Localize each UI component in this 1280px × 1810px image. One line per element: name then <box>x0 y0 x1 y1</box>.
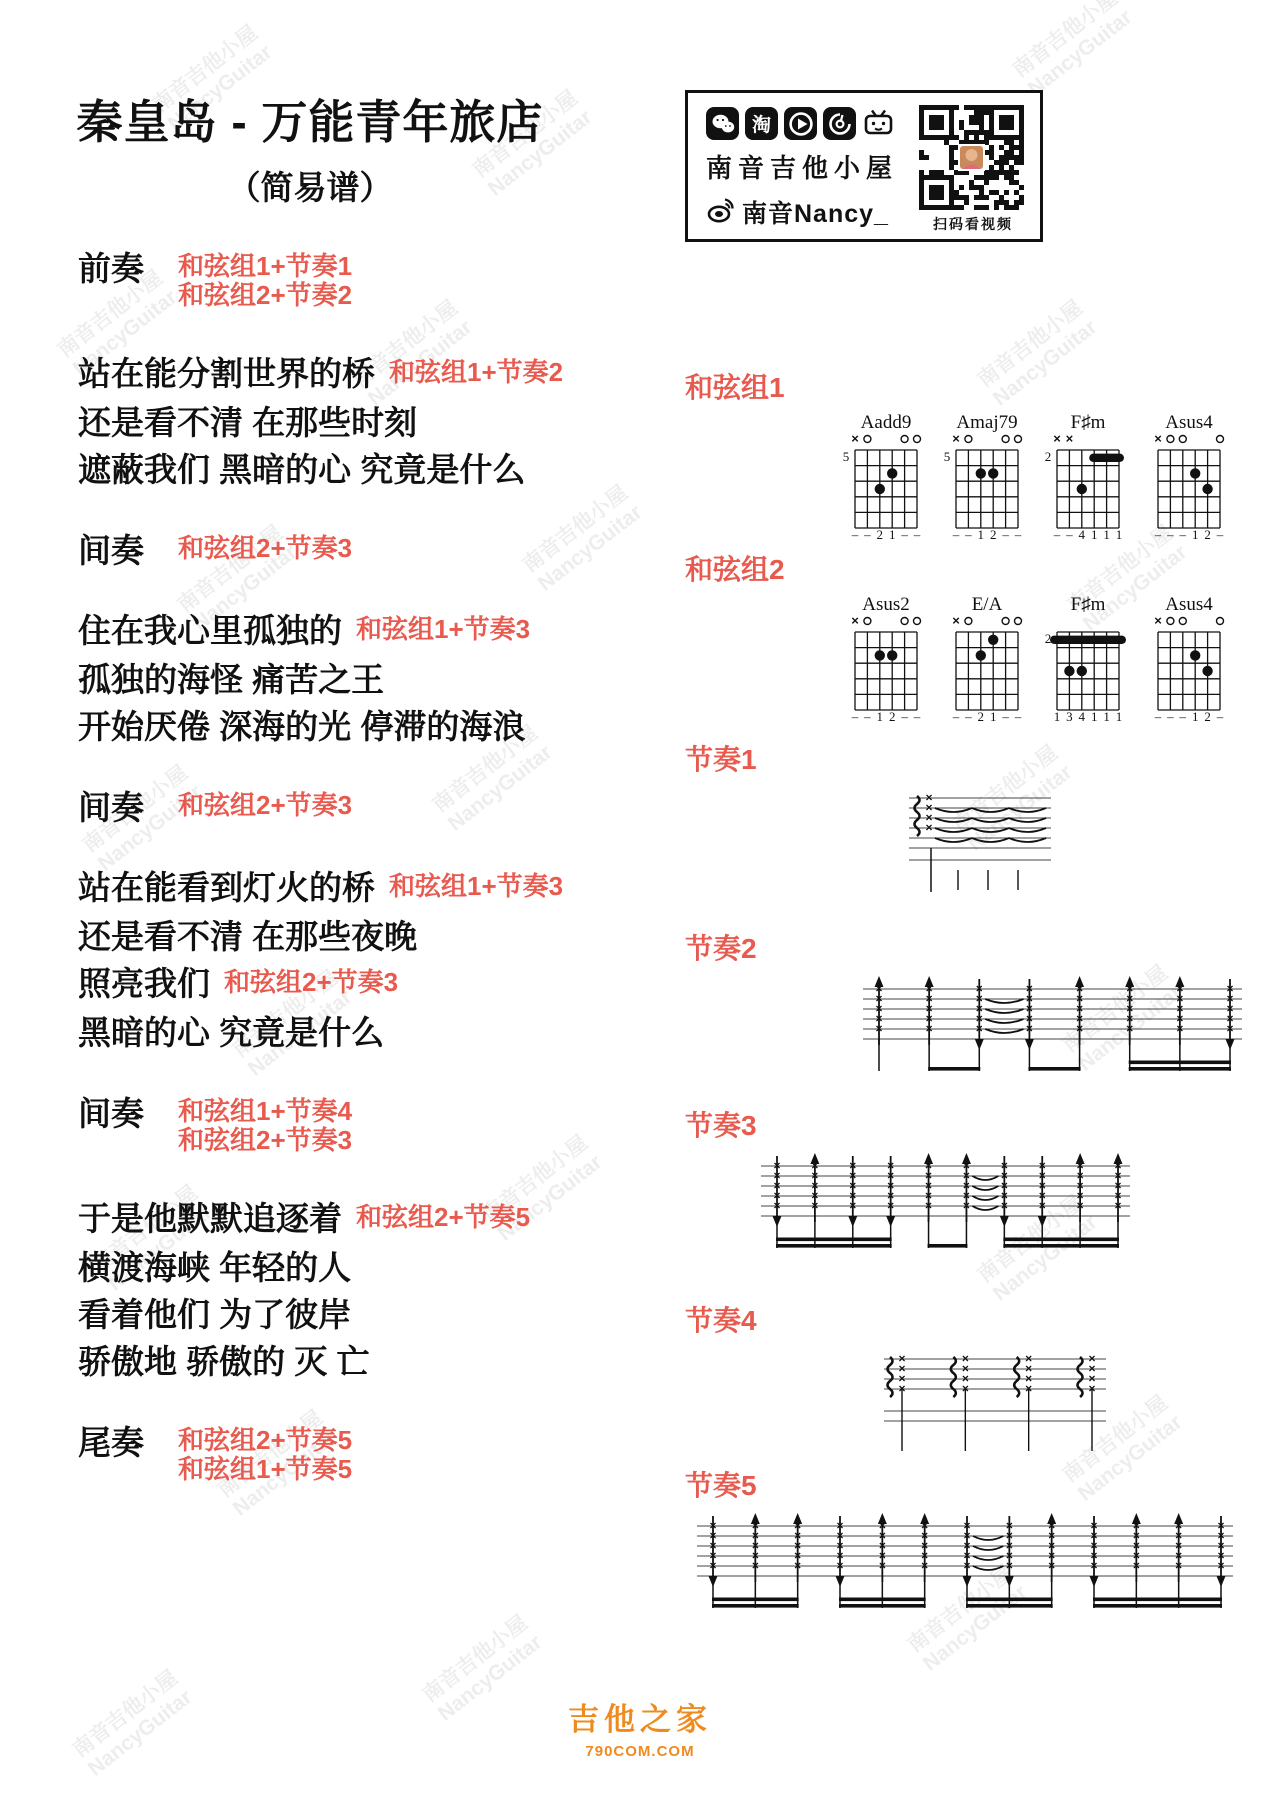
svg-text:–: – <box>913 527 921 542</box>
lyric-text: 横渡海峡 年轻的人 <box>78 1249 351 1286</box>
chord-group-label: 和弦组1 <box>685 372 1265 404</box>
play-annotation: 和弦组1+节奏3 <box>389 871 563 901</box>
chord-group-label: 和弦组2 <box>685 554 1265 586</box>
svg-text:×: × <box>1175 1559 1182 1573</box>
svg-text:–: – <box>1166 527 1174 542</box>
play-annotation: 和弦组2+节奏5 <box>356 1202 530 1232</box>
section-block: 尾奏和弦组2+节奏5和弦组1+节奏5 <box>78 1426 668 1484</box>
social-icon-row: 淘 <box>706 107 916 140</box>
chord-diagram: F♯m××2––4111 <box>1037 412 1134 542</box>
svg-text:1: 1 <box>1103 709 1110 724</box>
site-footer: 吉他之家 790COM.COM <box>0 1694 1280 1760</box>
svg-text:1: 1 <box>1091 527 1098 542</box>
svg-text:×: × <box>1226 1022 1233 1036</box>
score-sheet-page: 南音吉他小屋NancyGuitar南音吉他小屋NancyGuitar南音吉他小屋… <box>0 0 1280 1810</box>
svg-text:×: × <box>752 1559 759 1573</box>
chord-diagram: Asus4×–––12– <box>1138 412 1235 542</box>
svg-text:×: × <box>709 1559 716 1573</box>
site-logo: 吉他之家 <box>0 1694 1280 1739</box>
svg-text:–: – <box>952 709 960 724</box>
strum-pattern: ×××××××××××××××××××××××××××××××××××××××× <box>855 975 1250 1093</box>
svg-text:×: × <box>963 1559 970 1573</box>
svg-text:5: 5 <box>843 449 850 464</box>
svg-text:×: × <box>1090 1559 1097 1573</box>
section-annotations: 和弦组2+节奏5和弦组1+节奏5 <box>178 1426 352 1484</box>
notation-column: 和弦组1Aadd9×5––21––Amaj79×5––12––F♯m××2––4… <box>685 372 1265 1635</box>
svg-text:×: × <box>851 431 859 446</box>
netease-music-icon <box>823 107 856 140</box>
lyric-text: 黑暗的心 究竟是什么 <box>78 1014 384 1051</box>
svg-text:×: × <box>794 1559 801 1573</box>
svg-text:×: × <box>952 431 960 446</box>
svg-text:–: – <box>863 527 871 542</box>
svg-text:×: × <box>1048 1559 1055 1573</box>
svg-text:×: × <box>1001 1199 1008 1213</box>
svg-text:–: – <box>964 527 972 542</box>
chord-diagram: Amaj79×5––12–– <box>936 412 1033 542</box>
svg-text:×: × <box>1217 1559 1224 1573</box>
svg-text:E/A: E/A <box>972 594 1003 615</box>
svg-text:–: – <box>1065 527 1073 542</box>
lyric-text: 站在能分割世界的桥 <box>78 355 375 392</box>
svg-text:×: × <box>1039 1199 1046 1213</box>
svg-text:–: – <box>952 527 960 542</box>
svg-text:×: × <box>925 821 932 835</box>
svg-text:×: × <box>851 613 859 628</box>
play-annotation: 和弦组1+节奏4 <box>178 1097 352 1126</box>
svg-text:1: 1 <box>889 527 896 542</box>
svg-text:×: × <box>811 1199 818 1213</box>
lyric-line: 遮蔽我们 黑暗的心 究竟是什么 <box>78 452 668 488</box>
svg-text:–: – <box>1166 709 1174 724</box>
lyric-line: 看着他们 为了彼岸 <box>78 1297 668 1333</box>
play-annotation: 和弦组1+节奏5 <box>178 1455 352 1484</box>
section-annotations: 和弦组1+节奏4和弦组2+节奏3 <box>178 1097 352 1155</box>
svg-text:1: 1 <box>1103 527 1110 542</box>
play-annotation: 和弦组2+节奏3 <box>224 967 398 997</box>
chord-row: Asus2×––12––E/A×––21––F♯m2134111Asus4×––… <box>835 594 1265 724</box>
svg-text:Amaj79: Amaj79 <box>956 412 1017 433</box>
svg-text:–: – <box>851 527 859 542</box>
title-block: 秦皇岛 - 万能青年旅店 （简易谱） <box>30 86 590 209</box>
svg-text:×: × <box>925 1199 932 1213</box>
svg-text:4: 4 <box>1079 527 1086 542</box>
section-block: 间奏和弦组2+节奏3 <box>78 534 668 567</box>
qr-caption: 扫码看视频 <box>919 214 1027 234</box>
lyric-text: 照亮我们 <box>78 965 210 1002</box>
svg-text:Asus4: Asus4 <box>1165 594 1213 615</box>
svg-text:×: × <box>849 1199 856 1213</box>
svg-text:–: – <box>851 709 859 724</box>
svg-text:–: – <box>964 709 972 724</box>
svg-text:4: 4 <box>1079 709 1086 724</box>
section-annotations: 和弦组2+节奏3 <box>178 791 352 820</box>
lyric-text: 看着他们 为了彼岸 <box>78 1296 351 1333</box>
svg-text:1: 1 <box>1054 709 1061 724</box>
svg-text:×: × <box>926 1022 933 1036</box>
svg-text:–: – <box>1216 527 1224 542</box>
svg-text:×: × <box>1077 1199 1084 1213</box>
lyric-text: 还是看不清 在那些夜晚 <box>78 918 417 955</box>
play-annotation: 和弦组1+节奏1 <box>178 252 352 281</box>
svg-text:2: 2 <box>1045 449 1052 464</box>
chord-diagram: Asus4×–––12– <box>1138 594 1235 724</box>
svg-text:–: – <box>1014 709 1022 724</box>
svg-text:×: × <box>1154 613 1162 628</box>
shop-name: 南音吉他小屋 <box>706 148 916 185</box>
rhythm-figure: ×××× <box>905 786 1265 903</box>
play-annotation: 和弦组1+节奏3 <box>356 614 530 644</box>
lyric-line: 还是看不清 在那些夜晚 <box>78 919 668 955</box>
bilibili-icon <box>862 107 895 140</box>
arpeggio-pattern: ×××××××××××××××× <box>880 1347 1110 1457</box>
strum-pattern: ××××××××××××××××××××××××××××××××××××××××… <box>753 1152 1138 1270</box>
svg-text:1: 1 <box>877 709 884 724</box>
svg-text:×: × <box>836 1559 843 1573</box>
lyric-line: 照亮我们和弦组2+节奏3 <box>78 966 668 1004</box>
strum-pattern: ××××××××××××××××××××××××××××××××××××××××… <box>689 1512 1241 1630</box>
rhythm-figure: ××××××××××××××××××××××××××××××××××××××××… <box>689 1512 1265 1635</box>
svg-text:2: 2 <box>1204 527 1211 542</box>
svg-text:1: 1 <box>1116 527 1123 542</box>
play-annotation: 和弦组2+节奏3 <box>178 791 352 820</box>
lyric-text: 开始厌倦 深海的光 停滞的海浪 <box>78 708 525 745</box>
publisher-left: 淘 <box>706 107 916 230</box>
lyric-text: 骄傲地 骄傲的 灭 亡 <box>78 1343 370 1380</box>
lyric-text: 站在能看到灯火的桥 <box>78 869 375 906</box>
qr-code <box>919 105 1024 210</box>
rhythm-figure: ××××××××××××××××××××××××××××××××××××××××… <box>753 1152 1265 1275</box>
qr-block: 扫码看视频 <box>919 105 1027 234</box>
play-annotation: 和弦组2+节奏5 <box>178 1426 352 1455</box>
svg-text:×: × <box>1076 1022 1083 1036</box>
svg-text:Asus2: Asus2 <box>862 594 910 615</box>
diagonal-watermark: 南音吉他小屋NancyGuitar <box>1009 0 1138 102</box>
rhythm-label: 节奏4 <box>685 1305 1265 1337</box>
lyric-line: 站在能分割世界的桥和弦组1+节奏2 <box>78 356 668 394</box>
lyric-line: 于是他默默追逐着和弦组2+节奏5 <box>78 1201 668 1239</box>
publisher-info-box: 淘 <box>685 90 1043 242</box>
svg-text:2: 2 <box>990 527 997 542</box>
play-annotation: 和弦组2+节奏2 <box>178 281 352 310</box>
site-url: 790COM.COM <box>0 1743 1280 1760</box>
lyric-line: 黑暗的心 究竟是什么 <box>78 1015 668 1051</box>
svg-text:–: – <box>913 709 921 724</box>
rhythm-label: 节奏2 <box>685 933 1265 965</box>
svg-text:×: × <box>1006 1559 1013 1573</box>
svg-text:–: – <box>863 709 871 724</box>
svg-text:1: 1 <box>1192 709 1199 724</box>
svg-text:1: 1 <box>1116 709 1123 724</box>
svg-text:×: × <box>1026 1022 1033 1036</box>
lyric-text: 住在我心里孤独的 <box>78 612 342 649</box>
chord-diagram: F♯m2134111 <box>1037 594 1134 724</box>
lyric-line: 开始厌倦 深海的光 停滞的海浪 <box>78 709 668 745</box>
svg-text:–: – <box>900 527 908 542</box>
lyric-line: 还是看不清 在那些时刻 <box>78 405 668 441</box>
section-block: 前奏和弦组1+节奏1和弦组2+节奏2 <box>78 252 668 310</box>
svg-text:3: 3 <box>1066 709 1073 724</box>
svg-text:1: 1 <box>1192 527 1199 542</box>
section-block: 间奏和弦组1+节奏4和弦组2+节奏3 <box>78 1097 668 1155</box>
lyric-line: 住在我心里孤独的和弦组1+节奏3 <box>78 613 668 651</box>
wechat-icon <box>706 107 739 140</box>
rhythm-figure: ×××××××××××××××× <box>880 1347 1265 1462</box>
lyrics-column: 前奏和弦组1+节奏1和弦组2+节奏2站在能分割世界的桥和弦组1+节奏2还是看不清… <box>78 252 668 1530</box>
weibo-icon <box>706 195 736 230</box>
section-annotations: 和弦组1+节奏1和弦组2+节奏2 <box>178 252 352 310</box>
rhythm-label: 节奏3 <box>685 1110 1265 1142</box>
svg-text:×: × <box>1176 1022 1183 1036</box>
svg-text:×: × <box>976 1022 983 1036</box>
svg-text:×: × <box>1133 1559 1140 1573</box>
svg-text:Aadd9: Aadd9 <box>861 412 912 433</box>
svg-text:F♯m: F♯m <box>1071 594 1106 615</box>
svg-text:×: × <box>875 1022 882 1036</box>
section-block: 间奏和弦组2+节奏3 <box>78 791 668 824</box>
weibo-row: 南音Nancy_ <box>706 194 916 230</box>
svg-text:×: × <box>1066 431 1074 446</box>
svg-text:–: – <box>1154 709 1162 724</box>
section-label: 前奏 <box>78 252 144 285</box>
svg-text:×: × <box>887 1199 894 1213</box>
svg-text:2: 2 <box>978 709 985 724</box>
svg-text:–: – <box>1001 527 1009 542</box>
svg-text:×: × <box>1126 1022 1133 1036</box>
svg-text:1: 1 <box>1091 709 1098 724</box>
weibo-name: 南音Nancy_ <box>742 194 889 230</box>
section-label: 尾奏 <box>78 1426 144 1459</box>
chord-diagram: Asus2×––12–– <box>835 594 932 724</box>
svg-text:–: – <box>1179 709 1187 724</box>
svg-text:×: × <box>963 1199 970 1213</box>
svg-text:1: 1 <box>990 709 997 724</box>
svg-text:–: – <box>1154 527 1162 542</box>
svg-text:×: × <box>952 613 960 628</box>
svg-text:5: 5 <box>944 449 951 464</box>
chord-diagram: E/A×––21–– <box>936 594 1033 724</box>
svg-text:×: × <box>1154 431 1162 446</box>
svg-text:2: 2 <box>877 527 884 542</box>
rhythm-figure: ×××××××××××××××××××××××××××××××××××××××× <box>855 975 1265 1098</box>
section-label: 间奏 <box>78 791 144 824</box>
svg-text:–: – <box>1053 527 1061 542</box>
section-label: 间奏 <box>78 534 144 567</box>
rhythm-label: 节奏1 <box>685 744 1265 776</box>
lyric-line: 骄傲地 骄傲的 灭 亡 <box>78 1344 668 1380</box>
svg-text:2: 2 <box>1204 709 1211 724</box>
svg-text:F♯m: F♯m <box>1071 412 1106 433</box>
rhythm-label: 节奏5 <box>685 1470 1265 1502</box>
song-subtitle: （简易谱） <box>30 162 590 209</box>
svg-text:×: × <box>879 1559 886 1573</box>
svg-text:×: × <box>773 1199 780 1213</box>
svg-text:Asus4: Asus4 <box>1165 412 1213 433</box>
section-annotations: 和弦组2+节奏3 <box>178 534 352 563</box>
svg-text:–: – <box>1001 709 1009 724</box>
svg-text:–: – <box>1216 709 1224 724</box>
lyric-text: 遮蔽我们 黑暗的心 究竟是什么 <box>78 451 525 488</box>
lyric-line: 孤独的海怪 痛苦之王 <box>78 662 668 698</box>
svg-text:–: – <box>1179 527 1187 542</box>
song-title: 秦皇岛 - 万能青年旅店 <box>30 86 590 152</box>
play-annotation: 和弦组1+节奏2 <box>389 357 563 387</box>
chord-diagram: Aadd9×5––21–– <box>835 412 932 542</box>
chord-row: Aadd9×5––21––Amaj79×5––12––F♯m××2––4111A… <box>835 412 1265 542</box>
taobao-icon: 淘 <box>745 107 778 140</box>
section-label: 间奏 <box>78 1097 144 1130</box>
svg-text:–: – <box>1014 527 1022 542</box>
svg-text:–: – <box>900 709 908 724</box>
svg-text:×: × <box>921 1559 928 1573</box>
lyric-line: 横渡海峡 年轻的人 <box>78 1250 668 1286</box>
lyric-text: 于是他默默追逐着 <box>78 1200 342 1237</box>
let-ring-pattern: ×××× <box>905 786 1055 898</box>
lyric-text: 孤独的海怪 痛苦之王 <box>78 661 384 698</box>
svg-text:1: 1 <box>978 527 985 542</box>
svg-text:×: × <box>1114 1199 1121 1213</box>
svg-text:2: 2 <box>889 709 896 724</box>
play-icon <box>784 107 817 140</box>
lyric-line: 站在能看到灯火的桥和弦组1+节奏3 <box>78 870 668 908</box>
svg-text:×: × <box>1053 431 1061 446</box>
lyric-text: 还是看不清 在那些时刻 <box>78 404 417 441</box>
play-annotation: 和弦组2+节奏3 <box>178 1126 352 1155</box>
play-annotation: 和弦组2+节奏3 <box>178 534 352 563</box>
